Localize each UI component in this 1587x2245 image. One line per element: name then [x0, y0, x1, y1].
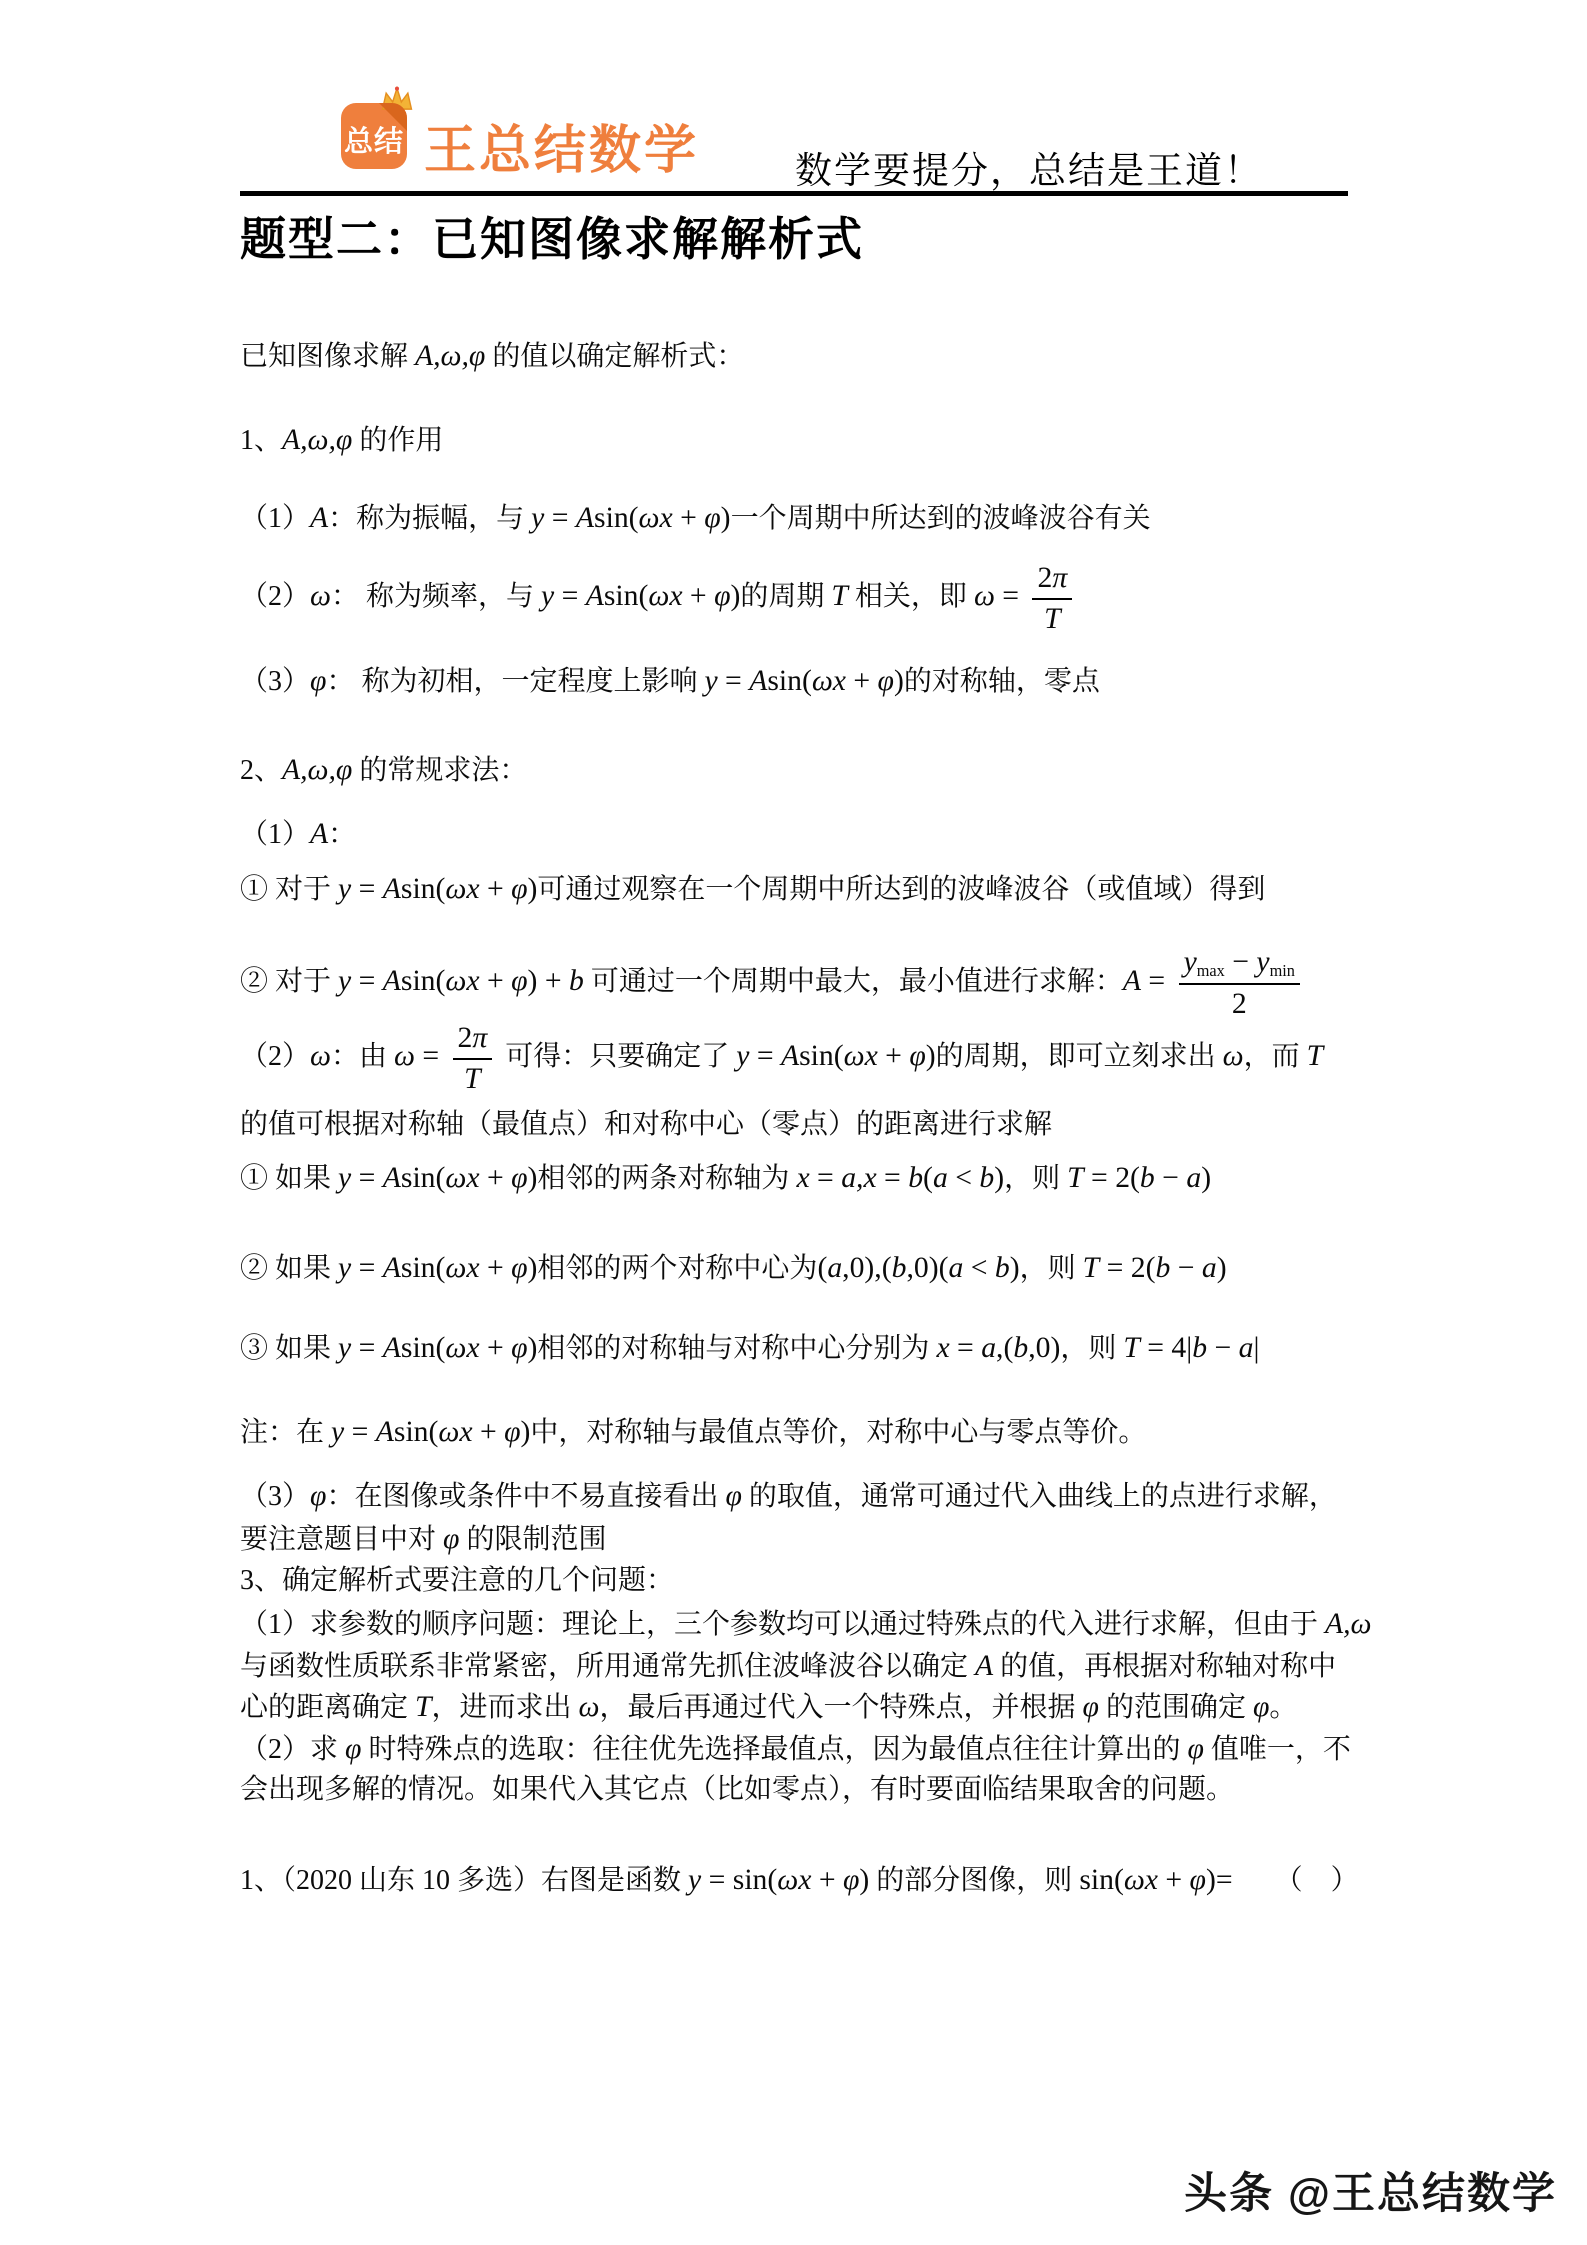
math-roman: = [749, 1040, 781, 1072]
math-text: φ [1083, 1691, 1099, 1723]
math-roman: ) [994, 1162, 1004, 1194]
math-text: ω [310, 580, 331, 612]
body-text: 的值，再根据对称轴对称中 [993, 1651, 1336, 1682]
body-text: 3、确定解析式要注意的几个问题： [240, 1565, 674, 1596]
body-text: ： 称为频率，与 [331, 581, 541, 612]
math-roman: ) [894, 665, 904, 697]
body-text: （3） [240, 666, 310, 697]
math-roman: ) [721, 502, 731, 534]
math-roman: = [950, 1332, 982, 1364]
body-text: 的部分图像，则 [869, 1865, 1079, 1896]
math-text: φ [310, 1480, 326, 1512]
math-roman: = [554, 580, 586, 612]
math-roman: = [701, 1864, 733, 1896]
math-roman: 2 [1232, 988, 1247, 1020]
math-roman: ) [528, 873, 538, 905]
math-text: ωx [445, 1252, 479, 1284]
math-roman: 2 [1037, 562, 1052, 594]
text-line: ① 如果 y = Asin(ωx + φ)相邻的两条对称轴为 x = a,x =… [240, 1158, 1211, 1198]
document-page: 总结 王总结数学 数学要提分，总结是王道！ 题型二：已知图像求解解析式 已知图像… [0, 0, 1587, 2245]
math-roman: + [480, 873, 512, 905]
math-roman: + [878, 1040, 910, 1072]
math-text: φ [1253, 1691, 1269, 1723]
body-text: 的周期 [740, 581, 831, 612]
math-text: b [1140, 1162, 1155, 1194]
math-text: a [933, 1162, 948, 1194]
math-roman: sin( [401, 1332, 446, 1364]
math-roman: − [1170, 1252, 1202, 1284]
math-text: A [383, 1162, 401, 1194]
math-text: π [1052, 562, 1067, 594]
math-roman: ) [528, 1252, 538, 1284]
body-text: 的范围确定 [1099, 1692, 1253, 1723]
logo-badge-text: 总结 [341, 103, 407, 169]
body-text: ，而 [1244, 1041, 1307, 1072]
text-line: ② 对于 y = Asin(ωx + φ) + b 可通过一个周期中最大，最小值… [240, 946, 1306, 1021]
math-text: T [415, 1691, 432, 1723]
text-line: 要注意题目中对 φ 的限制范围 [240, 1519, 606, 1559]
math-text: A [383, 965, 401, 997]
body-text: 的对称轴，零点 [904, 666, 1100, 697]
body-text: ：称为振幅，与 [328, 503, 531, 534]
math-text: b [569, 965, 584, 997]
math-text: b [995, 1252, 1010, 1284]
body-text: （1）求参数的顺序问题：理论上，三个参数均可以通过特殊点的代入进行求解，但由于 [240, 1609, 1325, 1640]
math-roman: + [683, 580, 715, 612]
math-text: a, [841, 1162, 863, 1194]
math-text: a [1202, 1252, 1217, 1284]
math-roman: = [351, 873, 383, 905]
body-text: ① 对于 [240, 874, 338, 905]
math-text: T [1307, 1040, 1324, 1072]
math-roman: = 2( [1099, 1252, 1155, 1284]
math-roman: = [351, 1252, 383, 1284]
math-roman: + [480, 1252, 512, 1284]
math-text: A [781, 1040, 799, 1072]
body-text: ② 对于 [240, 966, 338, 997]
text-line: （1）A：称为振幅，与 y = Asin(ωx + φ)一个周期中所达到的波峰波… [240, 498, 1151, 538]
math-roman: sin( [1079, 1864, 1124, 1896]
math-roman: = [351, 1162, 383, 1194]
math-text: b [892, 1252, 907, 1284]
math-roman: ) [1010, 1252, 1020, 1284]
math-text: φ [843, 1864, 859, 1896]
math-roman: sin( [401, 1252, 446, 1284]
body-text: ② 如果 [240, 1253, 338, 1284]
math-roman: = [351, 1332, 383, 1364]
math-roman: = 4| [1140, 1332, 1192, 1364]
text-line: 会出现多解的情况。如果代入其它点（比如零点），有时要面临结果取舍的问题。 [240, 1771, 1234, 1809]
math-roman: ) [521, 1416, 531, 1448]
math-text: φ [725, 1480, 741, 1512]
body-text: ： [328, 819, 356, 850]
math-roman: 2 [458, 1022, 473, 1054]
math-text: T [1123, 1332, 1140, 1364]
text-line: （2）求 φ 时特殊点的选取：往往优先选择最值点，因为最值点往往计算出的 φ 值… [240, 1729, 1351, 1769]
text-line: 心的距离确定 T，进而求出 ω，最后再通过代入一个特殊点，并根据 φ 的范围确定… [240, 1687, 1297, 1727]
text-line: 的值可根据对称轴（最值点）和对称中心（零点）的距离进行求解 [240, 1106, 1052, 1144]
math-text: ω [310, 1040, 331, 1072]
math-roman: + [846, 665, 878, 697]
text-line: ① 对于 y = Asin(ωx + φ)可通过观察在一个周期中所达到的波峰波谷… [240, 869, 1265, 909]
body-text: （2） [240, 1041, 310, 1072]
math-roman: = [351, 965, 383, 997]
math-roman: ) [859, 1864, 869, 1896]
math-roman: sin( [799, 1040, 844, 1072]
fraction: 2πT [453, 1022, 493, 1096]
math-text: A [310, 818, 328, 850]
math-text: y [338, 1252, 351, 1284]
body-text: ① 如果 [240, 1163, 338, 1194]
math-text: φ [511, 873, 527, 905]
math-roman: < [948, 1162, 980, 1194]
math-text: φ [310, 665, 326, 697]
body-text: 相关，即 [848, 581, 974, 612]
math-text: ωx [812, 665, 846, 697]
math-text: ωx [438, 1416, 472, 1448]
body-text: 要注意题目中对 [240, 1524, 443, 1555]
math-text: b [1192, 1332, 1207, 1364]
text-line: （2）ω：由 ω = 2πT 可得：只要确定了 y = Asin(ωx + φ)… [240, 1022, 1323, 1096]
math-roman: )= [1206, 1864, 1233, 1896]
body-text: 的作用 [352, 425, 443, 456]
math-roman: + [480, 965, 512, 997]
body-text: 相邻的两个对称中心为 [537, 1253, 817, 1284]
math-roman: = [995, 580, 1027, 612]
math-subscripted: ymax [1184, 946, 1225, 978]
math-text: a [827, 1252, 842, 1284]
body-text: 相邻的两条对称轴为 [537, 1163, 796, 1194]
body-text: 的周期，即可立刻求出 [936, 1041, 1223, 1072]
math-roman: sin( [401, 1162, 446, 1194]
math-roman: = [810, 1162, 842, 1194]
math-text: ωx [844, 1040, 878, 1072]
math-roman: sin( [594, 502, 639, 534]
text-line: 2、A,ω,φ 的常规求法： [240, 750, 527, 790]
math-text: A [383, 1252, 401, 1284]
math-text: ω [974, 580, 995, 612]
math-roman: + [473, 1416, 505, 1448]
math-text: ωx [777, 1864, 811, 1896]
math-text: ωx [445, 965, 479, 997]
math-text: φ [714, 580, 730, 612]
math-text: A,ω,φ [282, 424, 352, 456]
watermark-text: 头条 @王总结数学 [1184, 2160, 1557, 2221]
text-line: 3、确定解析式要注意的几个问题： [240, 1562, 674, 1600]
math-text: ω [394, 1040, 415, 1072]
math-roman: ) [528, 1332, 538, 1364]
math-text: x [796, 1162, 809, 1194]
math-text: y [531, 502, 544, 534]
math-roman: sin( [401, 965, 446, 997]
text-line: （1）求参数的顺序问题：理论上，三个参数均可以通过特殊点的代入进行求解，但由于 … [240, 1604, 1372, 1644]
math-text: ω [1223, 1040, 1244, 1072]
fraction: ymax − ymin2 [1179, 946, 1300, 1021]
math-text: φ [1187, 1733, 1203, 1765]
math-text: b [1155, 1252, 1170, 1284]
body-text: ，则 [1004, 1163, 1067, 1194]
math-text: φ [511, 965, 527, 997]
math-roman: = 2( [1084, 1162, 1140, 1194]
math-text: y [704, 665, 717, 697]
body-text: 的取值，通常可通过代入曲线上的点进行求解， [742, 1481, 1337, 1512]
body-text: 的值以确定解析式： [485, 341, 744, 372]
math-text: y [338, 965, 351, 997]
math-roman: sin( [401, 873, 446, 905]
math-text: T [831, 580, 848, 612]
body-text: 可得：只要确定了 [498, 1041, 736, 1072]
math-text: T [1083, 1252, 1100, 1284]
math-text: A [1123, 965, 1141, 997]
math-text: y [338, 1332, 351, 1364]
body-text: ：由 [331, 1041, 394, 1072]
body-text: 已知图像求解 [240, 341, 415, 372]
fraction: 2πT [1032, 562, 1072, 636]
math-text: y [736, 1040, 749, 1072]
math-text: φ [504, 1416, 520, 1448]
math-text: A [383, 1332, 401, 1364]
brand-tagline: 数学要提分，总结是王道！ [795, 140, 1263, 194]
body-text: 的常规求法： [352, 755, 527, 786]
math-roman: ,0)( [906, 1252, 948, 1284]
math-text: A,ω,φ [282, 754, 352, 786]
math-roman: ) [1217, 1252, 1227, 1284]
body-text: 注：在 [240, 1417, 331, 1448]
math-roman: ( [923, 1162, 933, 1194]
math-roman: − [1207, 1332, 1239, 1364]
math-subscripted: ymin [1256, 946, 1295, 978]
math-roman: − [1225, 946, 1257, 978]
body-text: （3） [240, 1481, 310, 1512]
body-text: 1、（2020 山东 10 多选）右图是函数 [240, 1865, 688, 1896]
math-text: φ [443, 1523, 459, 1555]
math-text: ωx [1124, 1864, 1158, 1896]
text-line: 已知图像求解 A,ω,φ 的值以确定解析式： [240, 336, 744, 376]
body-text: （2）求 [240, 1734, 345, 1765]
text-line: 1、（2020 山东 10 多选）右图是函数 y = sin(ωx + φ) 的… [240, 1860, 1359, 1900]
math-text: ωx [445, 1332, 479, 1364]
math-text: ωx [445, 1162, 479, 1194]
math-roman: sin( [394, 1416, 439, 1448]
math-roman: + [1158, 1864, 1190, 1896]
math-text: y [338, 1162, 351, 1194]
math-text: ω [579, 1691, 600, 1723]
body-text: 。 [1269, 1692, 1297, 1723]
math-roman: ) [1201, 1162, 1211, 1194]
math-roman: + [480, 1162, 512, 1194]
math-text: b [979, 1162, 994, 1194]
math-text: b [1013, 1332, 1028, 1364]
math-text: A [586, 580, 604, 612]
body-text: ：在图像或条件中不易直接看出 [326, 1481, 725, 1512]
math-roman: = [877, 1162, 909, 1194]
math-text: T [1044, 603, 1061, 635]
math-text: x [863, 1162, 876, 1194]
text-line: （2）ω： 称为频率，与 y = Asin(ωx + φ)的周期 T 相关，即 … [240, 562, 1078, 636]
body-text: （ ） [1233, 1865, 1359, 1896]
math-text: a [1186, 1162, 1201, 1194]
body-text: 1、 [240, 425, 282, 456]
math-roman: = [718, 665, 750, 697]
math-text: φ [909, 1040, 925, 1072]
math-roman: = [1141, 965, 1173, 997]
math-roman: + [480, 1332, 512, 1364]
math-text: y [688, 1864, 701, 1896]
body-text: 会出现多解的情况。如果代入其它点（比如零点），有时要面临结果取舍的问题。 [240, 1774, 1234, 1805]
math-text: y [331, 1416, 344, 1448]
math-text: a [1239, 1332, 1254, 1364]
text-line: ③ 如果 y = Asin(ωx + φ)相邻的对称轴与对称中心分别为 x = … [240, 1328, 1259, 1368]
math-roman: ) [731, 580, 741, 612]
math-roman: − [1155, 1162, 1187, 1194]
math-text: φ [704, 502, 720, 534]
brand-title: 王总结数学 [424, 108, 699, 183]
body-text: 可通过观察在一个周期中所达到的波峰波谷（或值域）得到 [537, 874, 1265, 905]
math-roman: | [1253, 1332, 1259, 1364]
math-text: A [576, 502, 594, 534]
text-line: 注：在 y = Asin(ωx + φ)中，对称轴与最值点等价，对称中心与零点等… [240, 1412, 1146, 1452]
body-text: 中，对称轴与最值点等价，对称中心与零点等价。 [530, 1417, 1146, 1448]
body-text: 可通过一个周期中最大，最小值进行求解： [584, 966, 1123, 997]
math-text: A,ω,φ [415, 340, 485, 372]
math-roman: sin( [733, 1864, 778, 1896]
body-text: 的值可根据对称轴（最值点）和对称中心（零点）的距离进行求解 [240, 1109, 1052, 1140]
body-text: ，则 [1060, 1333, 1123, 1364]
math-roman: ) [528, 965, 538, 997]
body-text: 的限制范围 [459, 1524, 606, 1555]
math-text: A,ω [1325, 1608, 1372, 1640]
math-roman: ,0) [1028, 1332, 1060, 1364]
math-text: T [464, 1063, 481, 1095]
body-text: （1） [240, 819, 310, 850]
math-roman: = [415, 1040, 447, 1072]
math-roman: sin( [604, 580, 649, 612]
body-text: 与函数性质联系非常紧密，所用通常先抓住波峰波谷以确定 [240, 1651, 975, 1682]
math-text: φ [511, 1332, 527, 1364]
brand-logo-badge: 总结 [341, 103, 407, 169]
math-text: T [1067, 1162, 1084, 1194]
text-line: （3）φ：在图像或条件中不易直接看出 φ 的取值，通常可通过代入曲线上的点进行求… [240, 1476, 1337, 1516]
math-text: b [908, 1162, 923, 1194]
text-line: （1）A： [240, 814, 356, 854]
math-text: A [310, 502, 328, 534]
math-text: π [472, 1022, 487, 1054]
math-text: ωx [639, 502, 673, 534]
math-text: A [749, 665, 767, 697]
math-text: φ [511, 1252, 527, 1284]
body-text: ，进而求出 [432, 1692, 579, 1723]
body-text: ③ 如果 [240, 1333, 338, 1364]
text-line: ② 如果 y = Asin(ωx + φ)相邻的两个对称中心为(a,0),(b,… [240, 1248, 1227, 1288]
body-text: 时特殊点的选取：往往优先选择最值点，因为最值点往往计算出的 [361, 1734, 1187, 1765]
math-text: A [383, 873, 401, 905]
math-text: A [376, 1416, 394, 1448]
body-text: 一个周期中所达到的波峰波谷有关 [731, 503, 1151, 534]
math-text: y [541, 580, 554, 612]
body-text: 相邻的对称轴与对称中心分别为 [537, 1333, 936, 1364]
math-roman: < [963, 1252, 995, 1284]
math-text: φ [345, 1733, 361, 1765]
body-text: ： 称为初相，一定程度上影响 [326, 666, 704, 697]
body-text: ，则 [1020, 1253, 1083, 1284]
math-roman: ) [926, 1040, 936, 1072]
body-text: 值唯一，不 [1204, 1734, 1351, 1765]
math-text: φ [1190, 1864, 1206, 1896]
math-text: y [338, 873, 351, 905]
text-line: 1、A,ω,φ 的作用 [240, 420, 443, 460]
math-roman: ,0),( [842, 1252, 891, 1284]
body-text: （2） [240, 581, 310, 612]
header-divider [240, 191, 1348, 196]
math-roman: ( [817, 1252, 827, 1284]
math-roman: sin( [767, 665, 812, 697]
body-text: （1） [240, 503, 310, 534]
math-roman: + [537, 965, 569, 997]
math-text: a [981, 1332, 996, 1364]
math-text: a [948, 1252, 963, 1284]
math-text: A [975, 1650, 993, 1682]
math-roman: = [544, 502, 576, 534]
math-roman: + [673, 502, 705, 534]
math-roman: = [344, 1416, 376, 1448]
math-text: x [936, 1332, 949, 1364]
body-text: 心的距离确定 [240, 1692, 415, 1723]
math-text: ωx [648, 580, 682, 612]
body-text: ，最后再通过代入一个特殊点，并根据 [600, 1692, 1083, 1723]
math-text: φ [878, 665, 894, 697]
math-roman: ) [528, 1162, 538, 1194]
math-roman: ,( [996, 1332, 1013, 1364]
page-title: 题型二：已知图像求解解析式 [240, 203, 864, 269]
body-text: 2、 [240, 755, 282, 786]
math-roman: + [811, 1864, 843, 1896]
text-line: 与函数性质联系非常紧密，所用通常先抓住波峰波谷以确定 A 的值，再根据对称轴对称… [240, 1646, 1336, 1686]
math-text: ωx [445, 873, 479, 905]
text-line: （3）φ： 称为初相，一定程度上影响 y = Asin(ωx + φ)的对称轴，… [240, 661, 1100, 701]
math-text: φ [511, 1162, 527, 1194]
